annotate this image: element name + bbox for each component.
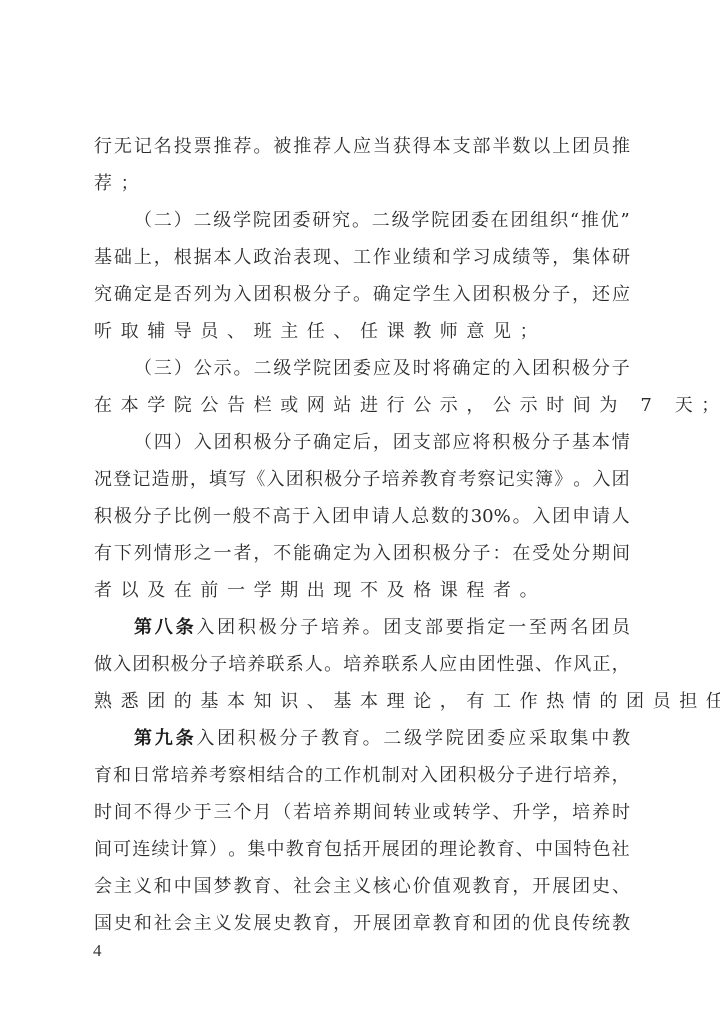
document-page: 行无记名投票推荐。被推荐人应当获得本支部半数以上团员推荐；（二）二级学院团委研究…	[0, 0, 720, 1018]
text-line: 听取辅导员、班主任、任课教师意见；	[94, 317, 630, 354]
text-line: 第九条入团积极分子教育。二级学院团委应采取集中教	[94, 724, 630, 761]
text-line: 况登记造册，填写《入团积极分子培养教育考察记实簿》。入团	[94, 465, 630, 502]
line-text: 听取辅导员、班主任、任课教师意见；	[94, 317, 546, 354]
document-body: 行无记名投票推荐。被推荐人应当获得本支部半数以上团员推荐；（二）二级学院团委研究…	[94, 132, 634, 946]
line-text: 在本学院公告栏或网站进行公示，公示时间为 7 天；	[94, 391, 720, 428]
text-line: 间可连续计算）。集中教育包括开展团的理论教育、中国特色社	[94, 835, 630, 872]
text-line: 究确定是否列为入团积极分子。确定学生入团积极分子，还应	[94, 280, 630, 317]
page-number: 4	[93, 941, 102, 961]
text-line: 做入团积极分子培养联系人。培养联系人应由团性强、作风正，	[94, 650, 630, 687]
text-line: 积极分子比例一般不高于入团申请人总数的30%。入团申请人	[94, 502, 630, 539]
line-text: 荐；	[94, 169, 147, 206]
text-line: 行无记名投票推荐。被推荐人应当获得本支部半数以上团员推	[94, 132, 630, 169]
text-line: 荐；	[94, 169, 630, 206]
line-text: 熟悉团的基本知识、基本理论，有工作热情的团员担任。	[94, 687, 720, 724]
text-line: 基础上，根据本人政治表现、工作业绩和学习成绩等，集体研	[94, 243, 630, 280]
text-line: 有下列情形之一者，不能确定为入团积极分子：在受处分期间	[94, 539, 630, 576]
text-line: （三）公示。二级学院团委应及时将确定的入团积极分子	[94, 354, 630, 391]
line-text: 者以及在前一学期出现不及格课程者。	[94, 576, 546, 613]
text-line: 育和日常培养考察相结合的工作机制对入团积极分子进行培养，	[94, 761, 630, 798]
text-line: 熟悉团的基本知识、基本理论，有工作热情的团员担任。	[94, 687, 630, 724]
text-line: 第八条入团积极分子培养。团支部要指定一至两名团员	[94, 613, 630, 650]
text-line: 在本学院公告栏或网站进行公示，公示时间为 7 天；	[94, 391, 630, 428]
text-line: （四）入团积极分子确定后，团支部应将积极分子基本情	[94, 428, 630, 465]
text-line: 国史和社会主义发展史教育，开展团章教育和团的优良传统教	[94, 909, 630, 946]
text-line: 者以及在前一学期出现不及格课程者。	[94, 576, 630, 613]
text-line: （二）二级学院团委研究。二级学院团委在团组织“推优”	[94, 206, 630, 243]
text-line: 会主义和中国梦教育、社会主义核心价值观教育，开展团史、	[94, 872, 630, 909]
text-line: 时间不得少于三个月（若培养期间转业或转学、升学，培养时	[94, 798, 630, 835]
